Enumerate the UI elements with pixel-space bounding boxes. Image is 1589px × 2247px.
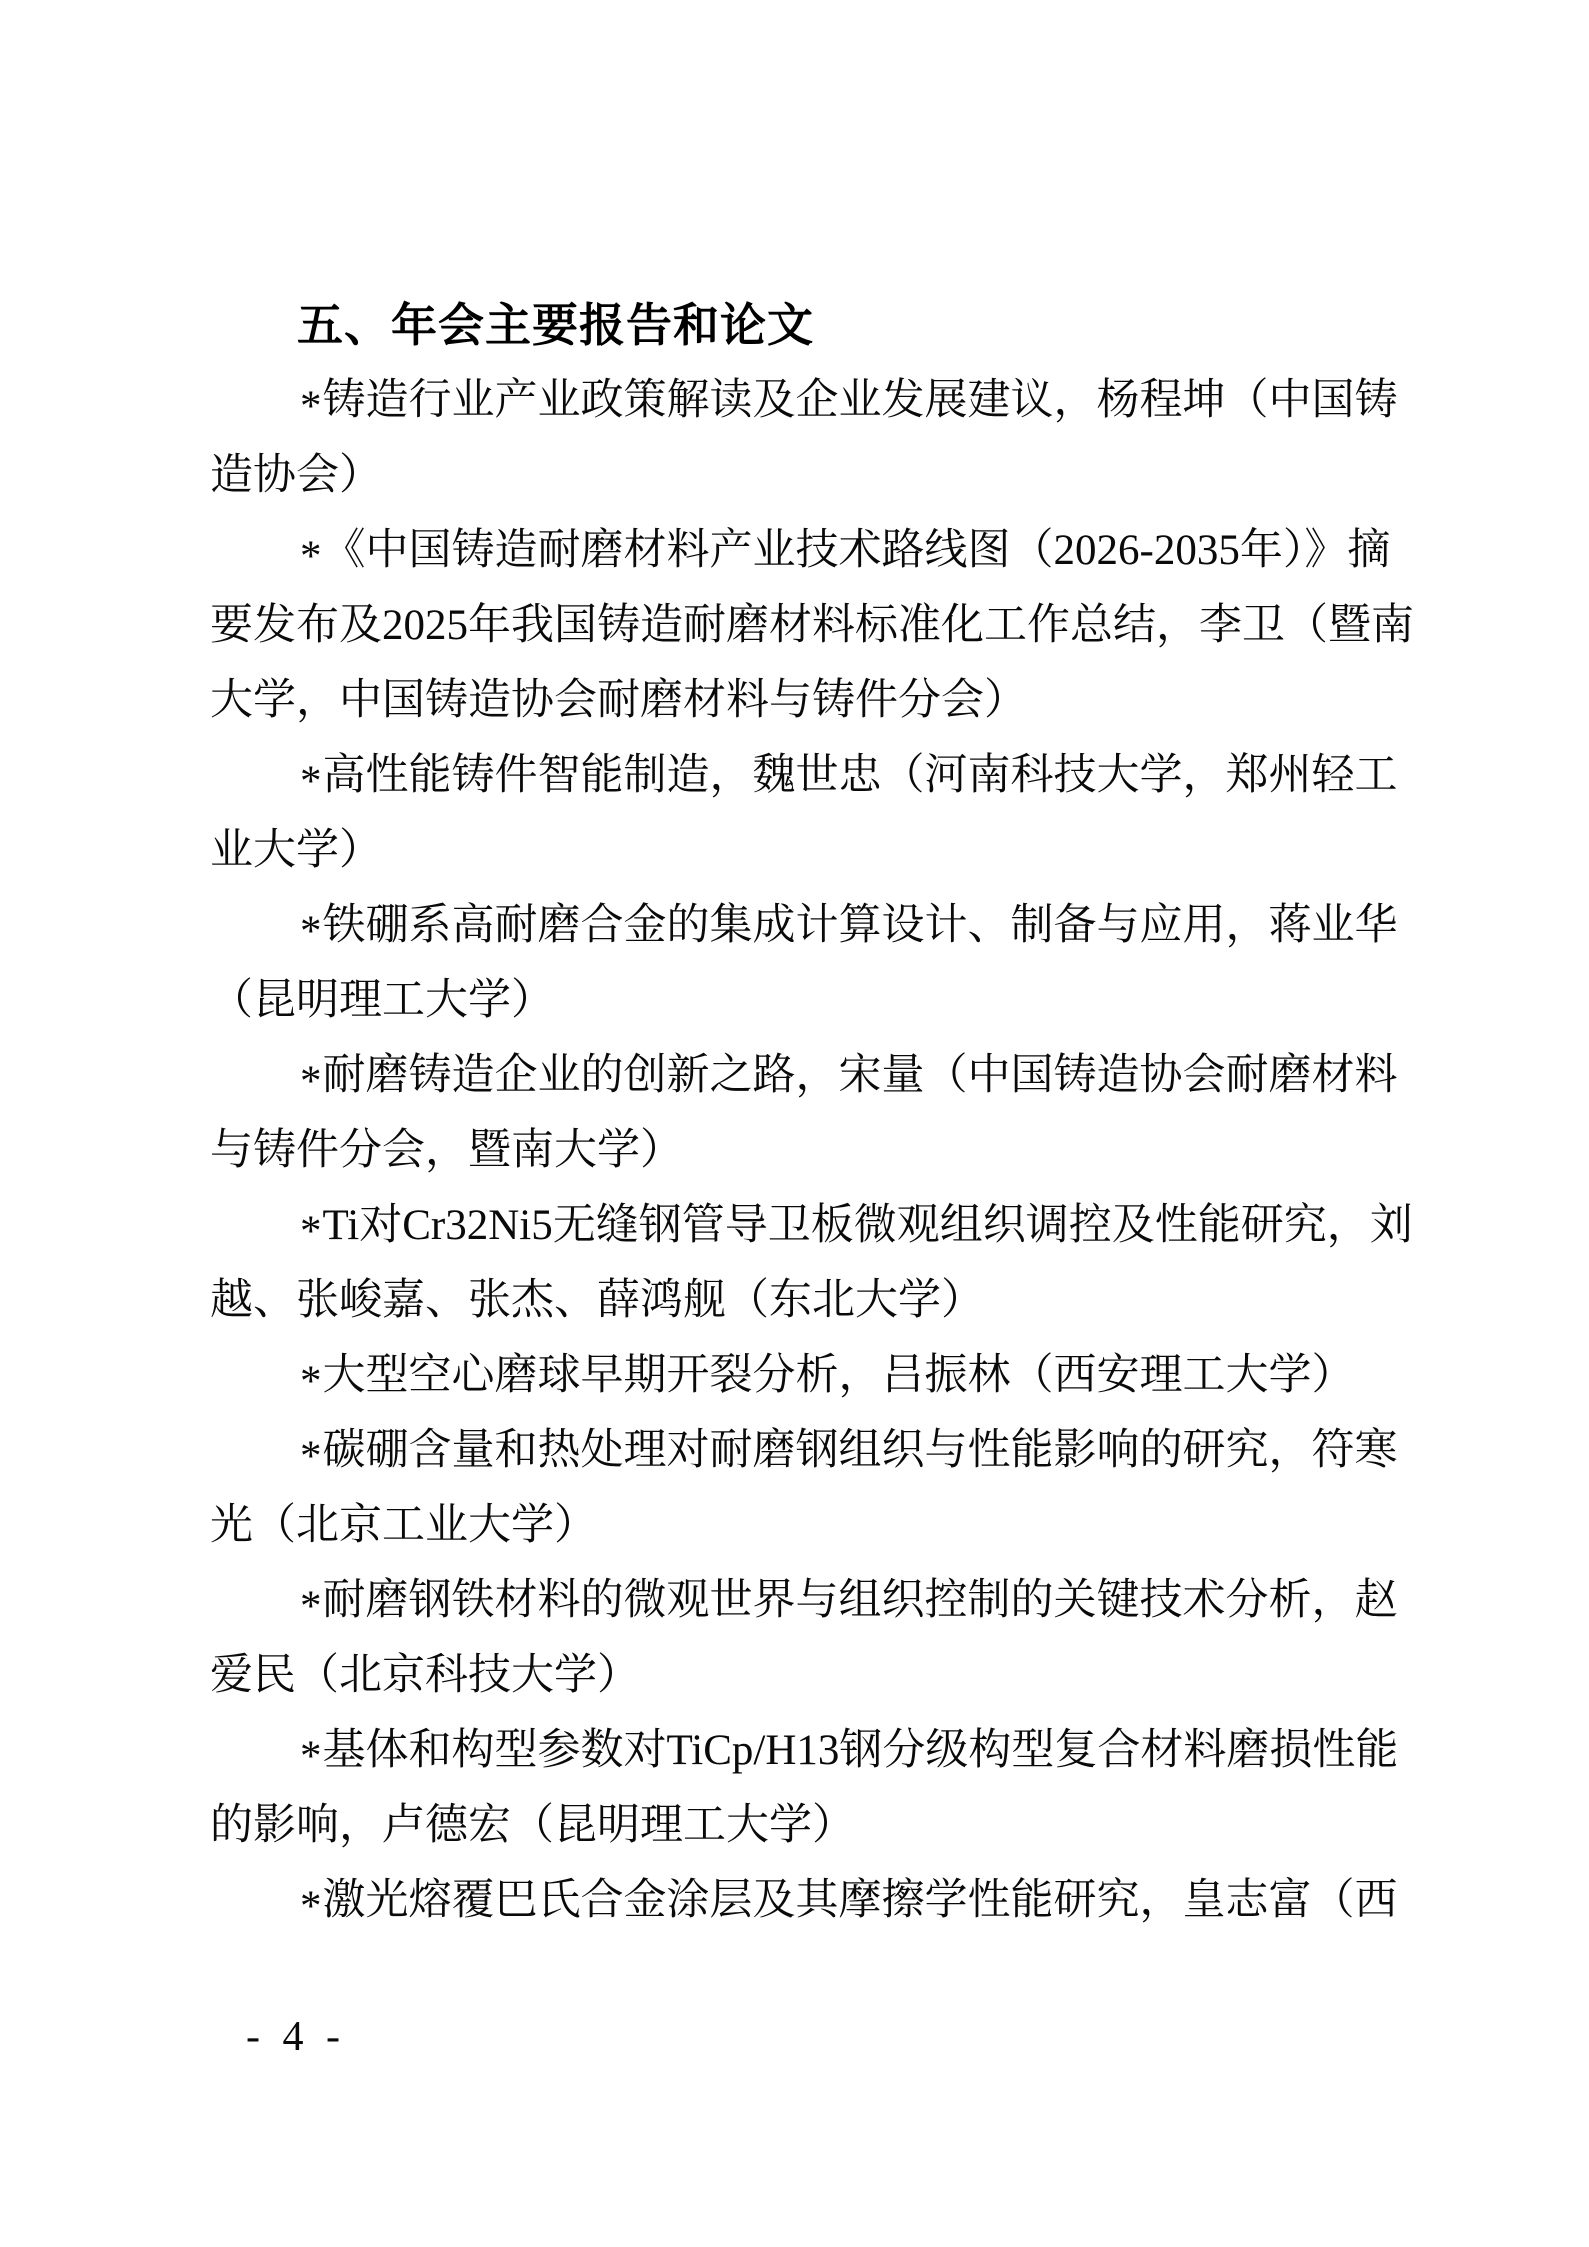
body-line: *耐磨钢铁材料的微观世界与组织控制的关键技术分析，赵 (210, 1563, 1500, 1638)
asterisk-marker: * (300, 894, 322, 969)
body-line: 的影响，卢德宏（昆明理工大学） (210, 1788, 1500, 1863)
body-line: *大型空心磨球早期开裂分析，吕振林（西安理工大学） (210, 1338, 1500, 1413)
body-line: *耐磨铸造企业的创新之路，宋量（中国铸造协会耐磨材料 (210, 1038, 1500, 1113)
report-list: *铸造行业产业政策解读及企业发展建议，杨程坤（中国铸造协会）*《中国铸造耐磨材料… (210, 363, 1500, 1938)
document-page: 五、年会主要报告和论文 *铸造行业产业政策解读及企业发展建议，杨程坤（中国铸造协… (0, 0, 1589, 2247)
asterisk-marker: * (300, 519, 322, 594)
body-line: *高性能铸件智能制造，魏世忠（河南科技大学，郑州轻工 (210, 738, 1500, 813)
body-line: 要发布及2025年我国铸造耐磨材料标准化工作总结，李卫（暨南 (210, 588, 1500, 663)
body-line: *基体和构型参数对TiCp/H13钢分级构型复合材料磨损性能 (210, 1713, 1500, 1788)
body-line: *铸造行业产业政策解读及企业发展建议，杨程坤（中国铸 (210, 363, 1500, 438)
body-line: 爱民（北京科技大学） (210, 1638, 1500, 1713)
body-line: 业大学） (210, 813, 1500, 888)
body-line: *铁硼系高耐磨合金的集成计算设计、制备与应用，蒋业华 (210, 888, 1500, 963)
body-line: 光（北京工业大学） (210, 1488, 1500, 1563)
asterisk-marker: * (300, 1194, 322, 1269)
asterisk-marker: * (300, 1344, 322, 1419)
asterisk-marker: * (300, 1569, 322, 1644)
body-line: *《中国铸造耐磨材料产业技术路线图（2026-2035年）》摘 (210, 513, 1500, 588)
asterisk-marker: * (300, 1419, 322, 1494)
body-line: 与铸件分会，暨南大学） (210, 1113, 1500, 1188)
body-line: *Ti对Cr32Ni5无缝钢管导卫板微观组织调控及性能研究，刘 (210, 1188, 1500, 1263)
asterisk-marker: * (300, 1044, 322, 1119)
page-number: - 4 - (246, 2012, 346, 2062)
body-line: *激光熔覆巴氏合金涂层及其摩擦学性能研究，皇志富（西 (210, 1863, 1500, 1938)
asterisk-marker: * (300, 744, 322, 819)
body-line: *碳硼含量和热处理对耐磨钢组织与性能影响的研究，符寒 (210, 1413, 1500, 1488)
document-body: 五、年会主要报告和论文 *铸造行业产业政策解读及企业发展建议，杨程坤（中国铸造协… (210, 288, 1500, 1938)
section-heading: 五、年会主要报告和论文 (210, 288, 1500, 363)
body-line: 造协会） (210, 438, 1500, 513)
asterisk-marker: * (300, 369, 322, 444)
asterisk-marker: * (300, 1719, 322, 1794)
body-line: 越、张峻嘉、张杰、薛鸿舰（东北大学） (210, 1263, 1500, 1338)
asterisk-marker: * (300, 1869, 322, 1944)
body-line: （昆明理工大学） (210, 963, 1500, 1038)
body-line: 大学，中国铸造协会耐磨材料与铸件分会） (210, 663, 1500, 738)
